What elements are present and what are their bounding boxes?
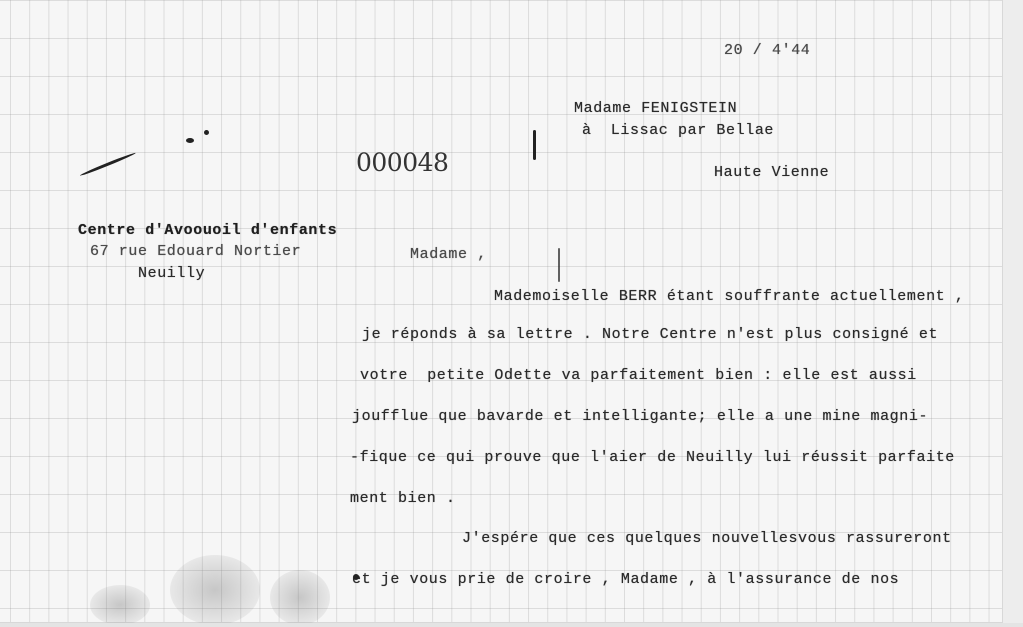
body-line: ment bien .	[350, 490, 456, 507]
ink-vertical-mark	[558, 248, 560, 282]
stain	[270, 570, 330, 625]
recipient-region: Haute Vienne	[714, 164, 829, 181]
ink-dot-mark	[186, 138, 194, 143]
sender-street: 67 rue Edouard Nortier	[90, 243, 301, 260]
ink-stroke-mark	[79, 152, 136, 177]
body-line: et je vous prie de croire , Madame , à l…	[352, 571, 899, 588]
body-line: J'espére que ces quelques nouvellesvous …	[462, 530, 952, 547]
letter-page: 20 / 4'44 Madame FENIGSTEIN à Lissac par…	[0, 0, 1003, 623]
body-line: Mademoiselle BERR étant souffrante actue…	[494, 288, 964, 305]
recipient-address: à Lissac par Bellae	[582, 122, 774, 139]
body-line: -fique ce qui prouve que l'aier de Neuil…	[350, 449, 955, 466]
ink-vertical-mark	[533, 130, 536, 160]
reference-stamp: 000048	[356, 148, 448, 177]
ink-dot-mark	[204, 130, 209, 135]
stain	[170, 555, 260, 625]
ink-dot-mark	[353, 574, 359, 580]
salutation: Madame ,	[410, 246, 487, 263]
body-line: joufflue que bavarde et intelligante; el…	[352, 408, 928, 425]
recipient-name: Madame FENIGSTEIN	[574, 100, 737, 117]
sender-name: Centre d'Avoouoil d'enfants	[78, 222, 337, 239]
body-line: votre petite Odette va parfaitement bien…	[360, 367, 917, 384]
scan-border	[0, 623, 1023, 627]
stain	[90, 585, 150, 625]
letter-date: 20 / 4'44	[724, 42, 810, 59]
sender-city: Neuilly	[138, 265, 205, 282]
body-line: je réponds à sa lettre . Notre Centre n'…	[362, 326, 938, 343]
